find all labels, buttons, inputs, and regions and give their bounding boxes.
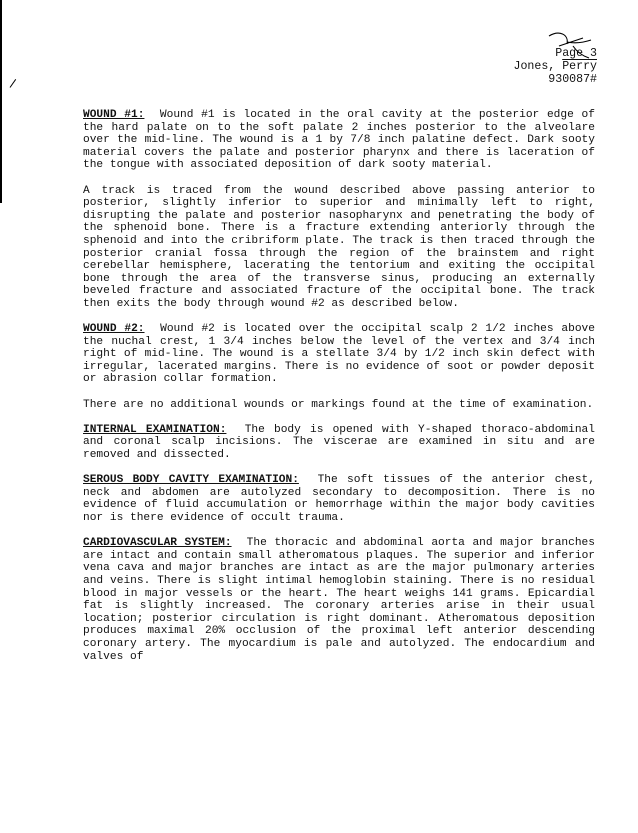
case-number: 930087# [513,73,597,86]
patient-name: Jones, Perry [513,60,597,73]
section-cardiovascular: CARDIOVASCULAR SYSTEM: The thoracic and … [83,537,595,663]
section-text: A track is traced from the wound describ… [83,185,595,310]
section-heading: WOUND #2: [83,323,145,335]
section-text: The thoracic and abdominal aorta and maj… [83,537,595,662]
stray-pen-mark [10,79,17,88]
section-track: A track is traced from the wound describ… [83,185,595,311]
section-internal-examination: INTERNAL EXAMINATION: The body is opened… [83,424,595,462]
section-heading: SEROUS BODY CAVITY EXAMINATION: [83,474,299,486]
section-heading: WOUND #1: [83,109,144,121]
patient-name-first: Jones, [513,60,555,73]
section-heading: INTERNAL EXAMINATION: [83,424,226,436]
page-header: Page 3 Jones, Perry 930087# [513,47,597,86]
scan-edge-line [0,0,2,203]
page-number: Page 3 [513,47,597,60]
section-text: Wound #2 is located over the occipital s… [83,323,595,385]
section-no-additional-wounds: There are no additional wounds or markin… [83,399,595,412]
section-wound-1: WOUND #1: Wound #1 is located in the ora… [83,109,595,172]
section-heading: CARDIOVASCULAR SYSTEM: [83,537,232,549]
report-body: WOUND #1: Wound #1 is located in the ora… [83,109,595,676]
section-serous-body-cavity: SEROUS BODY CAVITY EXAMINATION: The soft… [83,474,595,524]
patient-name-last: Perry [562,60,597,73]
section-wound-2: WOUND #2: Wound #2 is located over the o… [83,323,595,386]
document-page: Page 3 Jones, Perry 930087# WOUND #1: Wo… [0,0,638,833]
section-text: Wound #1 is located in the oral cavity a… [83,109,595,171]
section-text: There are no additional wounds or markin… [83,399,593,411]
